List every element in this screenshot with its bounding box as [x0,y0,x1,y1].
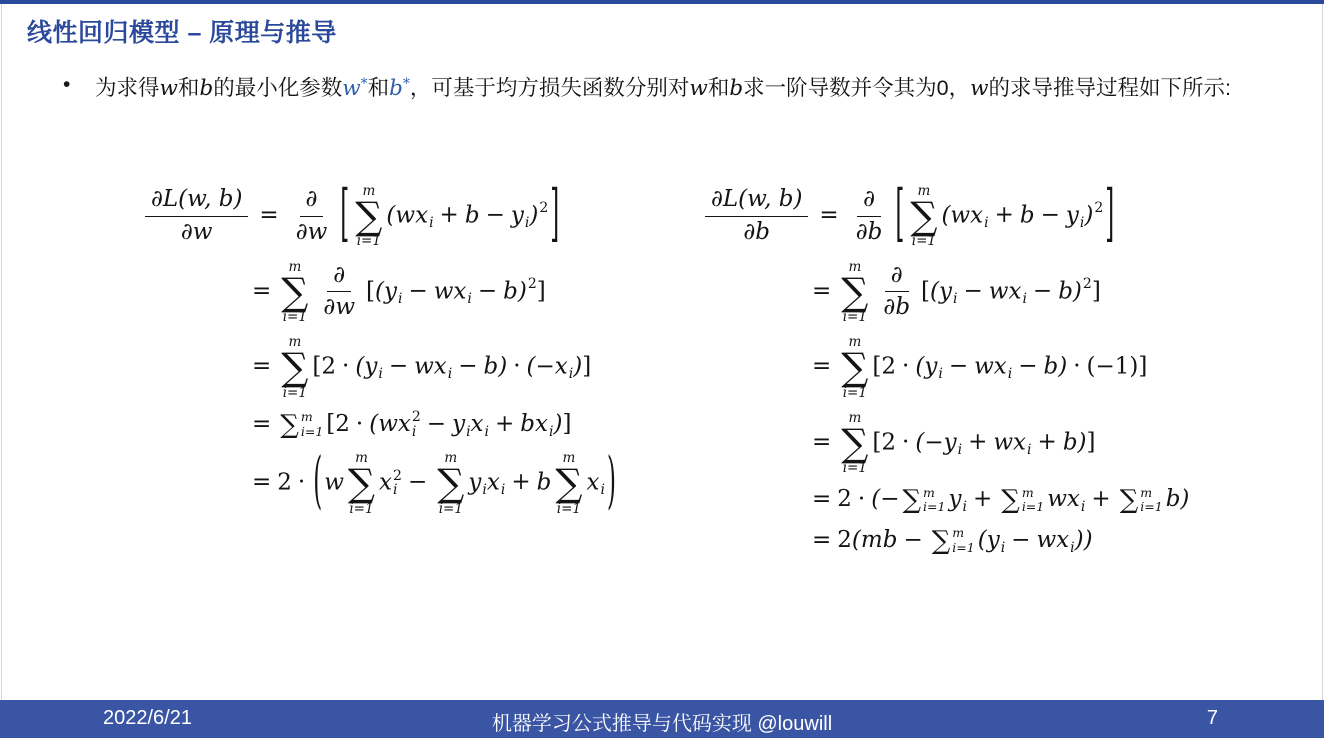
inline-summation: ∑mi=1 [1120,486,1163,515]
summation: m∑i=1 [841,259,868,326]
fraction: ∂∂b [850,186,889,246]
bullet-segment: 的最小化参数 [213,76,342,100]
bullet-segment: b [199,76,213,101]
bullet-segment: w [689,76,707,101]
sub-sup-stack: 2i [412,410,421,439]
bullet-segment: 求一阶导数并令其为0， [743,76,970,100]
bullet-segment: * [403,76,410,92]
summation: m∑i=1 [348,450,375,517]
summation: m∑i=1 [437,450,464,517]
stretched-bracket: ] [550,185,559,247]
stretched-bracket: ( [313,452,322,514]
equation-line: ∂L(w, b)∂w=∂∂w[m∑i=1(wxi+b−yi)2] [140,183,618,250]
presentation-slide: 线性回归模型 – 原理与推导 • 为求得w和b的最小化参数w*和b*，可基于均方… [0,0,1324,745]
bullet-segment: b [729,76,743,101]
fraction: ∂∂w [290,186,334,246]
slide-left-edge [1,4,2,700]
slide-title: 线性回归模型 – 原理与推导 [27,13,337,49]
inline-summation: ∑mi=1 [932,526,975,555]
bullet-text: 为求得w和b的最小化参数w*和b*，可基于均方损失函数分别对w和b求一阶导数并令… [95,73,1278,105]
inline-summation: ∑mi=1 [280,410,323,439]
equation-line: =2·(−∑mi=1yi+∑mi=1wxi+∑mi=1b) [806,485,1189,517]
fraction: ∂∂w [317,262,361,322]
fraction: ∂∂b [877,262,916,322]
footer-caption: 机器学习公式推导与代码实现 @louwill [0,707,1324,736]
stretched-bracket: [ [340,185,349,247]
bullet-marker: • [63,73,95,105]
bullet-segment: b [389,76,403,101]
equation-line: =m∑i=1[2·(−yi+wxi+b)] [806,410,1189,477]
equation-line: =m∑i=1∂∂w[(yi−wxi−b)2] [246,259,618,326]
bullet-segment: * [361,76,368,92]
inline-summation: ∑mi=1 [1001,486,1044,515]
summation: m∑i=1 [841,410,868,477]
summation: m∑i=1 [281,334,308,401]
bullet-segment: w [160,76,178,101]
bullet-segment: 为求得 [95,76,160,100]
summation: m∑i=1 [555,450,582,517]
slide-footer: 2022/6/21 机器学习公式推导与代码实现 @louwill 7 [0,700,1324,738]
bullet-segment: 和 [708,76,730,100]
summation: m∑i=1 [355,183,382,250]
inline-summation: ∑mi=1 [902,486,945,515]
equation-line: =2(mb−∑mi=1(yi−wxi)) [806,526,1189,558]
equation-line: =m∑i=1[2·(yi−wxi−b)·(−1)] [806,334,1189,401]
summation: m∑i=1 [281,259,308,326]
fraction: ∂L(w, b)∂w [145,186,248,246]
fraction: ∂L(w, b)∂b [705,186,808,246]
equation-line: =∑mi=1[2·(wx2i−yixi+bxi)] [246,410,618,442]
footer-page-number: 7 [1207,707,1218,730]
equation-line: =2·(wm∑i=1x2i−m∑i=1yixi+bm∑i=1xi) [246,450,618,517]
bullet-segment: 和 [368,76,390,100]
bullet-paragraph: • 为求得w和b的最小化参数w*和b*，可基于均方损失函数分别对w和b求一阶导数… [63,73,1278,105]
slide-right-edge [1322,4,1323,700]
bullet-segment: w [970,76,988,101]
bullet-segment: 的求导推导过程如下所示: [988,76,1230,100]
stretched-bracket: ) [607,452,616,514]
derivation-w-equations: ∂L(w, b)∂w=∂∂w[m∑i=1(wxi+b−yi)2]=m∑i=1∂∂… [140,183,618,526]
bullet-segment: w [342,76,360,101]
summation: m∑i=1 [910,183,937,250]
bullet-segment: 和 [178,76,200,100]
summation: m∑i=1 [841,334,868,401]
equation-line: ∂L(w, b)∂b=∂∂b[m∑i=1(wxi+b−yi)2] [700,183,1189,250]
bullet-segment: ，可基于均方损失函数分别对 [410,76,690,100]
derivation-b-equations: ∂L(w, b)∂b=∂∂b[m∑i=1(wxi+b−yi)2]=m∑i=1∂∂… [700,183,1189,566]
stretched-bracket: [ [895,185,904,247]
sub-sup-stack: 2i [393,469,402,498]
equation-line: =m∑i=1∂∂b[(yi−wxi−b)2] [806,259,1189,326]
equation-line: =m∑i=1[2·(yi−wxi−b)·(−xi)] [246,334,618,401]
slide-top-accent-bar [0,0,1324,4]
stretched-bracket: ] [1105,185,1114,247]
